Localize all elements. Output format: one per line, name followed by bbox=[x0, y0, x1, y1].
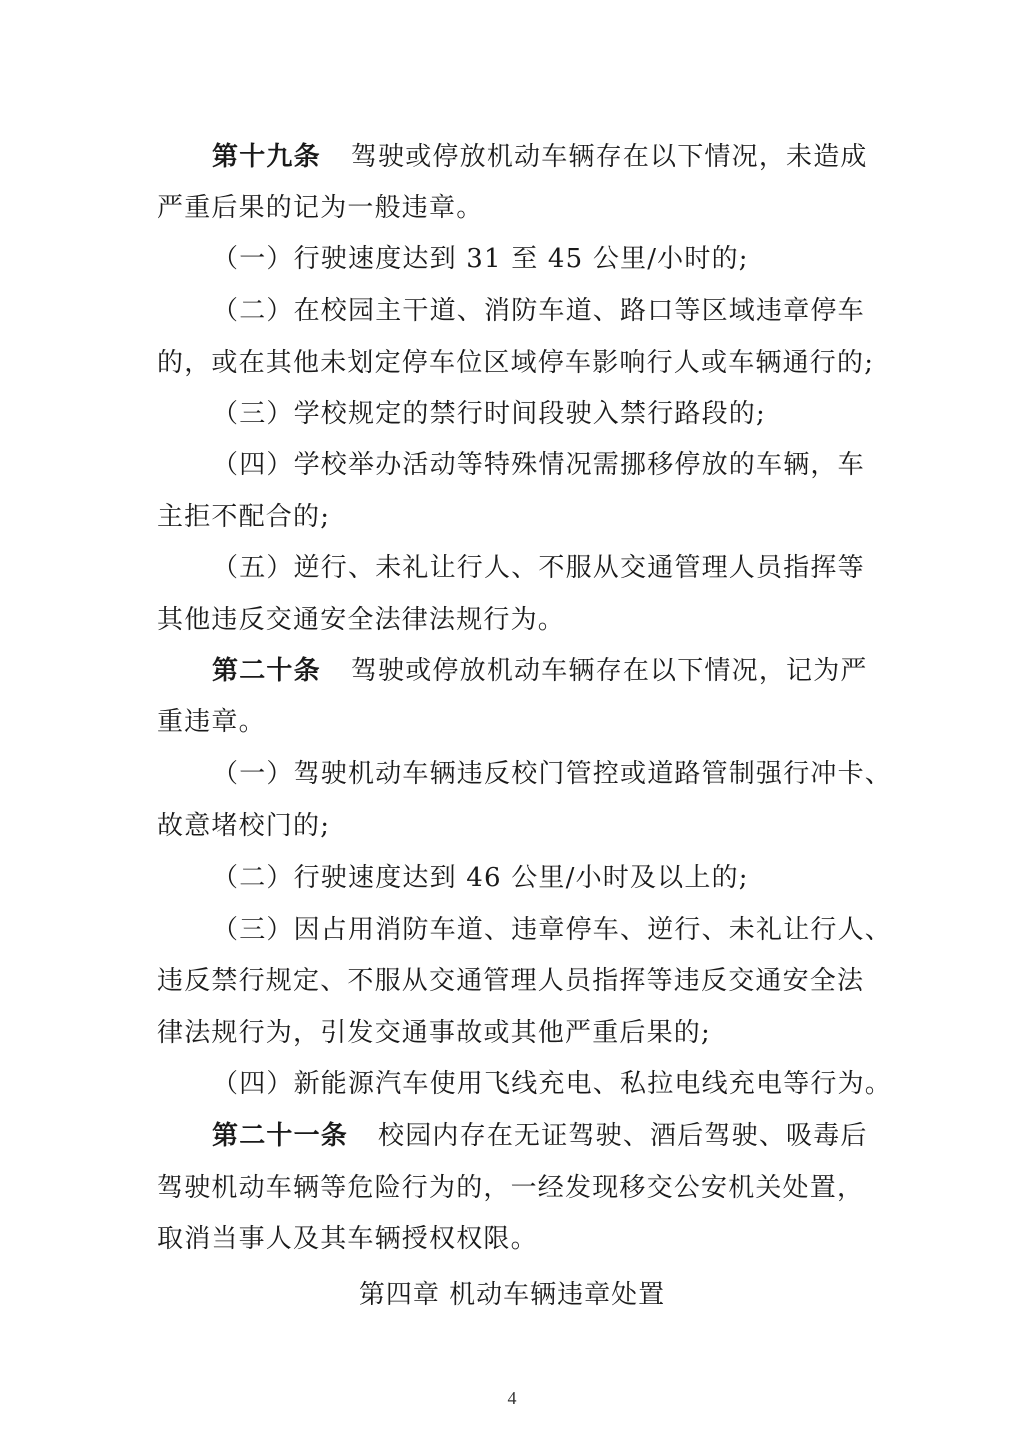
article-19-heading-line: 第十九条驾驶或停放机动车辆存在以下情况，未造成 bbox=[212, 131, 874, 183]
article-19-text: 驾驶或停放机动车辆存在以下情况，未造成 bbox=[351, 142, 868, 172]
page-number: 4 bbox=[0, 1388, 1024, 1409]
article-19-item-5: （五）逆行、未礼让行人、不服从交通管理人员指挥等 bbox=[212, 542, 874, 594]
chapter-heading: 第四章 机动车辆违章处置 bbox=[0, 1274, 1024, 1311]
article-20-item-3-cont-1: 违反禁行规定、不服从交通管理人员指挥等违反交通安全法 bbox=[157, 955, 873, 1007]
article-20-item-1-cont: 故意堵校门的; bbox=[157, 800, 873, 852]
article-20-text-cont: 重违章。 bbox=[157, 696, 873, 748]
document-page: 第十九条驾驶或停放机动车辆存在以下情况，未造成 严重后果的记为一般违章。 （一）… bbox=[0, 0, 1024, 1448]
article-21-text-cont-1: 驾驶机动车辆等危险行为的，一经发现移交公安机关处置， bbox=[157, 1162, 873, 1214]
article-20-label: 第二十条 bbox=[212, 656, 321, 686]
article-19-item-1: （一）行驶速度达到 31 至 45 公里/小时的; bbox=[212, 233, 874, 285]
article-20-item-3-cont-2: 律法规行为，引发交通事故或其他严重后果的; bbox=[157, 1007, 873, 1059]
article-19-item-3: （三）学校规定的禁行时间段驶入禁行路段的; bbox=[212, 388, 874, 440]
article-19-label: 第十九条 bbox=[212, 142, 321, 172]
article-20-heading-line: 第二十条驾驶或停放机动车辆存在以下情况，记为严 bbox=[212, 645, 874, 697]
article-20-item-2: （二）行驶速度达到 46 公里/小时及以上的; bbox=[212, 852, 874, 904]
article-21-heading-line: 第二十一条校园内存在无证驾驶、酒后驾驶、吸毒后 bbox=[212, 1110, 874, 1162]
article-19-item-2: （二）在校园主干道、消防车道、路口等区域违章停车 bbox=[212, 285, 874, 337]
article-19-item-4-cont: 主拒不配合的; bbox=[157, 491, 873, 543]
article-19-item-2-cont: 的，或在其他未划定停车位区域停车影响行人或车辆通行的; bbox=[157, 337, 873, 389]
article-19-item-4: （四）学校举办活动等特殊情况需挪移停放的车辆，车 bbox=[212, 439, 874, 491]
article-20-item-4: （四）新能源汽车使用飞线充电、私拉电线充电等行为。 bbox=[212, 1058, 874, 1110]
article-19-text-cont: 严重后果的记为一般违章。 bbox=[157, 182, 873, 234]
article-20-text: 驾驶或停放机动车辆存在以下情况，记为严 bbox=[351, 656, 868, 686]
article-21-label: 第二十一条 bbox=[212, 1121, 348, 1151]
article-20-item-3: （三）因占用消防车道、违章停车、逆行、未礼让行人、 bbox=[212, 904, 874, 956]
article-21-text: 校园内存在无证驾驶、酒后驾驶、吸毒后 bbox=[378, 1121, 868, 1151]
article-20-item-1: （一）驾驶机动车辆违反校门管控或道路管制强行冲卡、 bbox=[212, 748, 874, 800]
article-21-text-cont-2: 取消当事人及其车辆授权权限。 bbox=[157, 1213, 873, 1265]
article-19-item-5-cont: 其他违反交通安全法律法规行为。 bbox=[157, 594, 873, 646]
